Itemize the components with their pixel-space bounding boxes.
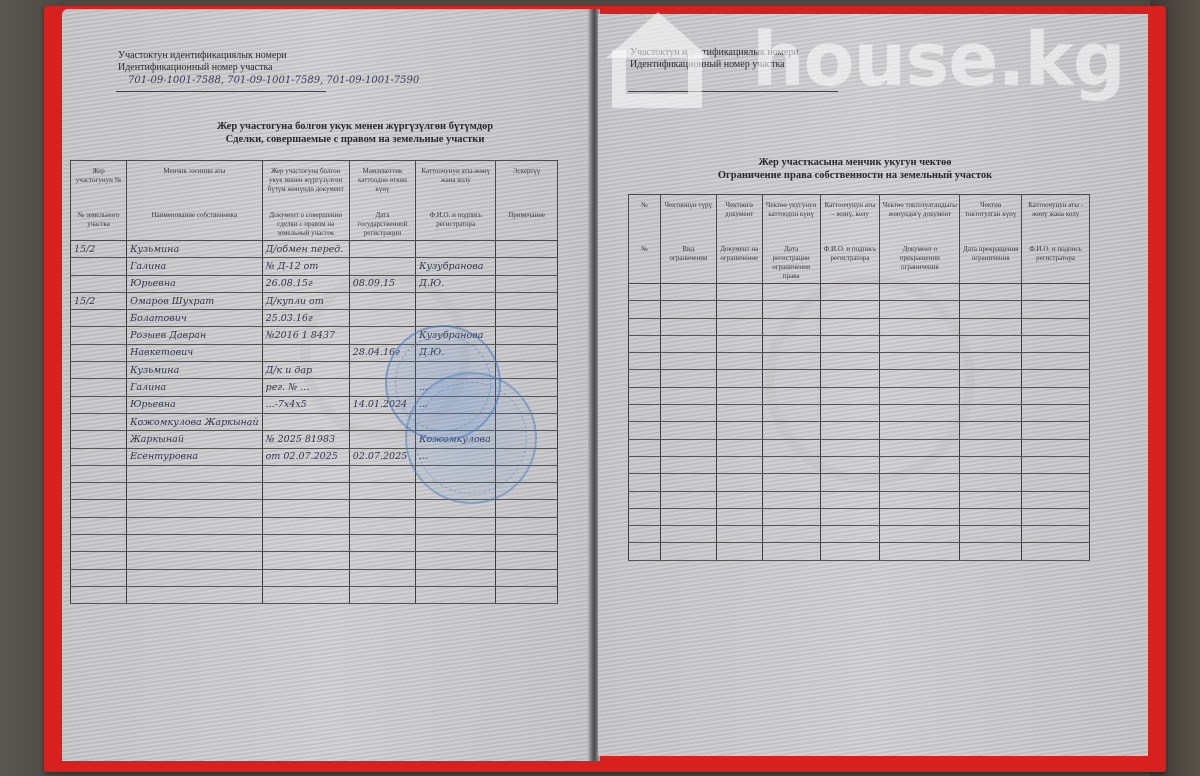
table-cell [629, 491, 661, 508]
table-cell [349, 292, 415, 309]
table-cell [127, 465, 263, 482]
left-id-label-kg: Участоктун идентификациялык номери [118, 50, 287, 62]
table-cell [880, 474, 960, 491]
table-cell [262, 517, 349, 534]
table-cell [1022, 335, 1090, 352]
table-cell [960, 405, 1022, 422]
table-cell [127, 552, 263, 569]
table-cell [762, 353, 820, 370]
table-cell [349, 483, 415, 500]
right-title-ru: Ограничение права собственности на земел… [640, 169, 1070, 182]
table-row [629, 543, 1090, 560]
table-row [629, 405, 1090, 422]
table-cell [262, 535, 349, 552]
table-cell [762, 543, 820, 560]
table-cell [71, 517, 127, 534]
house-kg-watermark: house.kg [602, 0, 1125, 120]
column-header: Чектөөнүн түрүВид ограничения [660, 195, 716, 284]
table-cell [660, 405, 716, 422]
table-cell: 15/2 [71, 292, 127, 309]
table-cell [629, 456, 661, 473]
table-cell [496, 517, 558, 534]
table-cell [660, 439, 716, 456]
table-cell [1022, 353, 1090, 370]
table-row [629, 422, 1090, 439]
table-cell [496, 362, 558, 379]
table-cell [127, 535, 263, 552]
left-title-kg: Жер участогуна болгон укук менен жүргүзү… [150, 120, 560, 133]
column-header-kg: Чектөөнүн түрү [663, 201, 714, 245]
table-cell: Юрьевна [127, 275, 263, 292]
table-cell: Д/обмен перед. [262, 241, 349, 258]
table-cell [496, 535, 558, 552]
table-cell [762, 318, 820, 335]
table-cell [716, 301, 762, 318]
column-header: ЭскертүүПримечание [496, 161, 558, 241]
table-row: 15/2Омаров ШухратД/купли от [71, 292, 558, 309]
table-cell: 26.08.15г [262, 275, 349, 292]
table-cell: рег. № ... [262, 379, 349, 396]
table-row: Галина№ Д-12 отКузубранова [71, 258, 558, 275]
table-cell [660, 284, 716, 301]
table-cell: Д/к и дар [262, 362, 349, 379]
table-cell [820, 526, 880, 543]
table-cell [416, 569, 496, 586]
table-row [629, 526, 1090, 543]
table-cell [762, 335, 820, 352]
table-cell [629, 508, 661, 525]
column-header-ru: Документ о совершении сделки с правом на… [265, 211, 347, 238]
table-cell [262, 500, 349, 517]
table-cell [660, 456, 716, 473]
table-cell [880, 526, 960, 543]
table-cell [716, 335, 762, 352]
table-cell [1022, 318, 1090, 335]
table-cell: от 02.07.2025 [262, 448, 349, 465]
table-cell [629, 370, 661, 387]
id-underline [116, 91, 326, 92]
table-cell [349, 310, 415, 327]
column-header-ru: Ф.И.О. и подпись регистратора [418, 211, 493, 229]
table-cell [716, 353, 762, 370]
table-cell [71, 275, 127, 292]
table-cell [716, 284, 762, 301]
table-cell [349, 500, 415, 517]
table-cell: Кузьмина [127, 241, 263, 258]
column-header-ru: Документ о прекращении ограничения [882, 245, 957, 272]
table-cell [880, 353, 960, 370]
table-cell: Юрьевна [127, 396, 263, 413]
table-cell [820, 353, 880, 370]
table-cell: Навкетович [127, 344, 263, 361]
table-cell [716, 387, 762, 404]
table-cell [629, 526, 661, 543]
table-row [629, 474, 1090, 491]
table-cell: № 2025 81983 [262, 431, 349, 448]
column-header-kg: № [631, 201, 658, 245]
table-cell [820, 335, 880, 352]
table-cell: № Д-12 от [262, 258, 349, 275]
table-cell [1022, 474, 1090, 491]
table-cell [71, 379, 127, 396]
table-cell [960, 353, 1022, 370]
table-cell [762, 526, 820, 543]
table-cell [71, 552, 127, 569]
table-cell [71, 310, 127, 327]
table-cell [71, 500, 127, 517]
table-cell [262, 586, 349, 603]
table-row [629, 353, 1090, 370]
column-header-kg: Чектөөгө документ [719, 201, 760, 245]
column-header: Чектөө укугунун каттоодон күнүДата регис… [762, 195, 820, 284]
table-cell [820, 543, 880, 560]
table-row [71, 517, 558, 534]
table-cell [960, 491, 1022, 508]
table-cell: ...-7х4х5 [262, 396, 349, 413]
table-cell [716, 318, 762, 335]
table-cell [262, 552, 349, 569]
column-header: №№ [629, 195, 661, 284]
table-cell [660, 318, 716, 335]
restrictions-table: №№Чектөөнүн түрүВид ограниченияЧектөөгө … [628, 194, 1090, 561]
table-cell [820, 387, 880, 404]
table-cell [762, 422, 820, 439]
table-cell: Жаркынай [127, 431, 263, 448]
table-cell [71, 483, 127, 500]
table-cell [880, 301, 960, 318]
watermark-text: house.kg [752, 17, 1125, 103]
table-cell [629, 335, 661, 352]
column-header-ru: № [631, 245, 658, 254]
table-row [71, 569, 558, 586]
table-cell [660, 335, 716, 352]
table-cell [416, 552, 496, 569]
table-cell [762, 284, 820, 301]
table-cell [762, 405, 820, 422]
table-cell [880, 456, 960, 473]
table-cell [762, 508, 820, 525]
column-header-ru: Документ на ограничение [719, 245, 760, 263]
table-cell [820, 370, 880, 387]
table-row [629, 456, 1090, 473]
table-row [629, 370, 1090, 387]
column-header: Чектөөгө документДокумент на ограничение [716, 195, 762, 284]
table-cell [496, 344, 558, 361]
table-cell [629, 405, 661, 422]
table-cell [960, 543, 1022, 560]
table-cell [496, 552, 558, 569]
table-cell [71, 431, 127, 448]
table-cell [880, 508, 960, 525]
left-id-value: 701-09-1001-7588, 701-09-1001-7589, 701-… [128, 75, 419, 87]
table-cell [349, 535, 415, 552]
table-cell [960, 439, 1022, 456]
table-cell [960, 456, 1022, 473]
column-header-ru: Вид ограничения [663, 245, 714, 263]
table-cell [349, 241, 415, 258]
table-cell [262, 344, 349, 361]
table-cell [71, 448, 127, 465]
table-cell [496, 292, 558, 309]
table-cell [71, 258, 127, 275]
table-cell [660, 353, 716, 370]
table-cell [660, 474, 716, 491]
column-header-ru: Примечание [498, 211, 555, 220]
registration-stamp-2 [405, 372, 537, 504]
table-row [71, 552, 558, 569]
table-cell [496, 258, 558, 275]
table-cell [660, 526, 716, 543]
table-cell [1022, 543, 1090, 560]
table-cell [660, 543, 716, 560]
table-cell [349, 586, 415, 603]
table-row [629, 318, 1090, 335]
table-cell [960, 387, 1022, 404]
table-cell [496, 569, 558, 586]
table-cell [880, 387, 960, 404]
column-header-kg: Чектөө укугунун каттоодон күнү [765, 201, 818, 245]
table-cell [820, 422, 880, 439]
table-cell [127, 500, 263, 517]
table-cell [716, 439, 762, 456]
table-cell [660, 491, 716, 508]
column-header-kg: Менчик ээсинин аты [129, 167, 260, 211]
table-cell [960, 335, 1022, 352]
left-title-ru: Сделки, совершаемые с правом на земельны… [150, 133, 560, 146]
table-cell [71, 535, 127, 552]
table-row [629, 335, 1090, 352]
table-cell: 08.09.15 [349, 275, 415, 292]
table-cell [820, 491, 880, 508]
table-cell [416, 241, 496, 258]
table-cell [880, 491, 960, 508]
table-cell [820, 508, 880, 525]
column-header: Жер участогуна болгон укук менен жүргүзү… [262, 161, 349, 241]
column-header-kg: Жер участогунун № [73, 167, 124, 211]
table-cell [71, 586, 127, 603]
column-header: Каттоочунун аты – жөнү, колуФ.И.О. и под… [820, 195, 880, 284]
table-cell [416, 535, 496, 552]
table-cell [716, 474, 762, 491]
table-cell [880, 422, 960, 439]
table-cell [1022, 508, 1090, 525]
table-cell [1022, 301, 1090, 318]
table-cell [716, 491, 762, 508]
table-cell [960, 526, 1022, 543]
table-cell: Кожомкулова Жаркынай [127, 413, 263, 430]
table-cell [629, 439, 661, 456]
column-header-ru: № земельного участка [73, 211, 124, 229]
table-cell: Д.Ю. [416, 275, 496, 292]
table-cell [1022, 422, 1090, 439]
table-cell [496, 241, 558, 258]
table-cell [820, 301, 880, 318]
column-header-kg: Каттоочунун аты-жөнү жана колу [418, 167, 493, 211]
table-cell [629, 543, 661, 560]
table-cell [127, 483, 263, 500]
left-title: Жер участогуна болгон укук менен жүргүзү… [150, 120, 560, 146]
right-title: Жер участкасына менчик укугун чектөө Огр… [640, 156, 1070, 182]
column-header-kg: Жер участогуна болгон укук менен жүргүзү… [265, 167, 347, 211]
table-row [629, 387, 1090, 404]
table-cell [820, 405, 880, 422]
column-header-ru: Дата государственной регистрации [352, 211, 413, 238]
table-cell [880, 543, 960, 560]
table-cell [349, 517, 415, 534]
table-cell [1022, 456, 1090, 473]
table-cell [1022, 439, 1090, 456]
table-cell [960, 474, 1022, 491]
table-cell: Кузьмина [127, 362, 263, 379]
table-row [71, 586, 558, 603]
table-cell: 25.03.16г [262, 310, 349, 327]
column-header-kg: Мамлекеттик каттоодон өткөн күнү [352, 167, 413, 211]
table-cell [629, 474, 661, 491]
table-cell [71, 413, 127, 430]
table-cell [629, 422, 661, 439]
table-cell [629, 284, 661, 301]
column-header-ru: Наименование собственника [129, 211, 260, 220]
table-cell [716, 543, 762, 560]
table-row: Болатович25.03.16г [71, 310, 558, 327]
table-cell [1022, 491, 1090, 508]
table-cell [660, 301, 716, 318]
table-cell [960, 318, 1022, 335]
table-cell [716, 508, 762, 525]
column-header: Каттоочунун аты-жөнү жана колуФ.И.О. и п… [416, 161, 496, 241]
column-header-ru: Ф.И.О. и подпись регистратора [1024, 245, 1087, 263]
table-cell: Болатович [127, 310, 263, 327]
table-cell [262, 413, 349, 430]
column-header: Жер участогунун №№ земельного участка [71, 161, 127, 241]
table-row [629, 491, 1090, 508]
table-cell [496, 327, 558, 344]
table-cell [1022, 526, 1090, 543]
table-cell [1022, 284, 1090, 301]
table-cell [960, 301, 1022, 318]
table-cell [262, 569, 349, 586]
table-cell [960, 284, 1022, 301]
table-cell [762, 474, 820, 491]
table-cell [496, 275, 558, 292]
table-row [629, 508, 1090, 525]
table-cell [820, 474, 880, 491]
table-cell [71, 327, 127, 344]
table-cell [1022, 387, 1090, 404]
table-cell [262, 483, 349, 500]
table-cell [820, 439, 880, 456]
table-cell [716, 456, 762, 473]
column-header-kg: Чектөө токтотулгандыгы жөнүндөгү докумен… [882, 201, 957, 245]
table-row [629, 284, 1090, 301]
right-title-kg: Жер участкасына менчик укугун чектөө [640, 156, 1070, 169]
table-cell [880, 318, 960, 335]
table-row: Юрьевна26.08.15г08.09.15Д.Ю. [71, 275, 558, 292]
table-cell [1022, 405, 1090, 422]
table-cell [762, 301, 820, 318]
column-header-ru: Дата регистрации ограничения права [765, 245, 818, 281]
left-id-label-ru: Идентификационный номер участка [118, 62, 273, 74]
column-header: Мамлекеттик каттоодон өткөн күнүДата гос… [349, 161, 415, 241]
table-cell [820, 318, 880, 335]
table-cell [762, 456, 820, 473]
table-cell [762, 439, 820, 456]
table-cell: Омаров Шухрат [127, 292, 263, 309]
table-cell: Есентуровна [127, 448, 263, 465]
table-cell [960, 422, 1022, 439]
column-header-kg: Чектөө токтотулган күнү [962, 201, 1019, 245]
table-cell [629, 301, 661, 318]
table-cell [716, 526, 762, 543]
table-cell [629, 387, 661, 404]
house-icon [602, 10, 732, 110]
table-cell [820, 456, 880, 473]
table-cell [960, 508, 1022, 525]
table-cell [349, 465, 415, 482]
table-cell [416, 310, 496, 327]
table-cell: Розыев Давран [127, 327, 263, 344]
table-cell [762, 370, 820, 387]
table-cell [496, 310, 558, 327]
table-cell [71, 465, 127, 482]
table-cell [71, 344, 127, 361]
column-header-ru: Ф.И.О. и подпись регистратора [823, 245, 878, 263]
table-row [629, 439, 1090, 456]
column-header-kg: Каттоочунун аты – жөнү, колу [823, 201, 878, 245]
table-cell [716, 405, 762, 422]
table-cell [262, 465, 349, 482]
table-cell [127, 569, 263, 586]
table-cell [629, 318, 661, 335]
column-header-kg: Каттоочунун аты - жөнү жана колу [1024, 201, 1087, 245]
table-cell: Галина [127, 258, 263, 275]
table-cell [880, 439, 960, 456]
column-header: Каттоочунун аты - жөнү жана колуФ.И.О. и… [1022, 195, 1090, 284]
table-cell [880, 284, 960, 301]
table-cell [127, 586, 263, 603]
table-cell [349, 569, 415, 586]
table-cell: 15/2 [71, 241, 127, 258]
table-cell [629, 353, 661, 370]
table-cell [349, 552, 415, 569]
table-cell [416, 586, 496, 603]
table-row [71, 535, 558, 552]
table-cell [660, 370, 716, 387]
table-cell [880, 405, 960, 422]
table-cell: Кузубранова [416, 258, 496, 275]
table-cell [660, 508, 716, 525]
table-cell: Галина [127, 379, 263, 396]
table-cell [660, 422, 716, 439]
table-cell [349, 258, 415, 275]
table-cell [416, 517, 496, 534]
table-cell [762, 491, 820, 508]
table-row: 15/2КузьминаД/обмен перед. [71, 241, 558, 258]
table-cell [416, 292, 496, 309]
table-cell [762, 387, 820, 404]
table-cell [716, 370, 762, 387]
table-cell: Д/купли от [262, 292, 349, 309]
table-cell [716, 422, 762, 439]
column-header: Чектөө токтотулгандыгы жөнүндөгү докумен… [880, 195, 960, 284]
table-cell [71, 396, 127, 413]
table-cell [71, 362, 127, 379]
table-row [629, 301, 1090, 318]
table-cell [880, 370, 960, 387]
column-header-ru: Дата прекращения ограничения [962, 245, 1019, 263]
column-header-kg: Эскертүү [498, 167, 555, 211]
table-cell [71, 569, 127, 586]
